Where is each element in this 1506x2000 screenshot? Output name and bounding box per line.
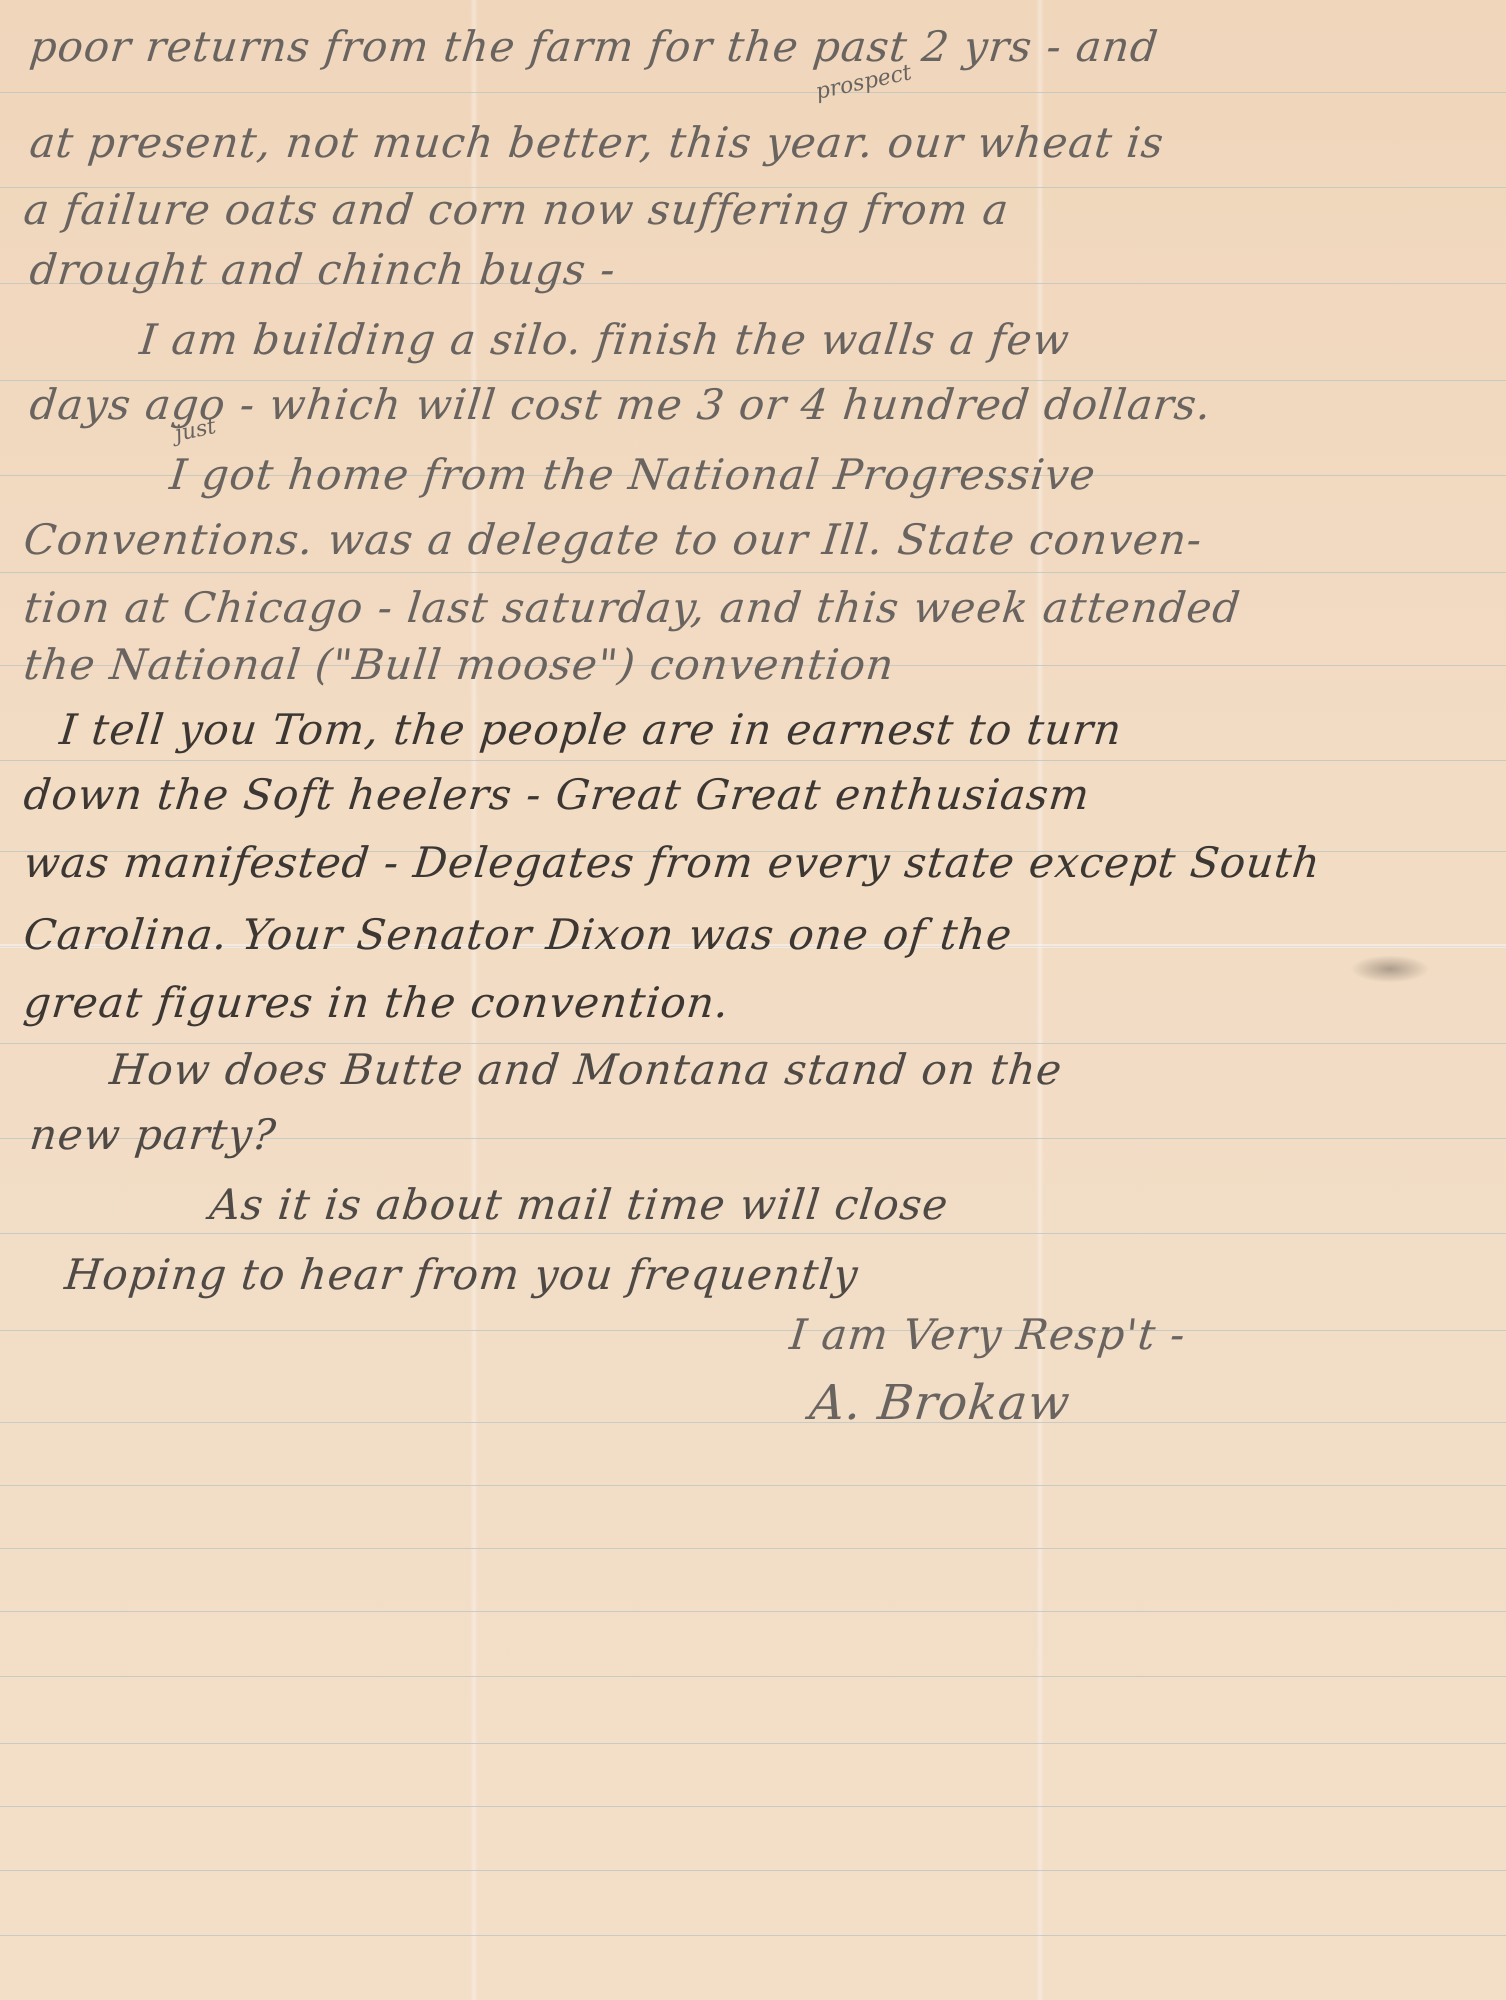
ruled-line xyxy=(0,1233,1506,1234)
letter-line: As it is about mail time will close xyxy=(0,1180,1506,1229)
ruled-line xyxy=(0,1743,1506,1744)
closing: I am Very Resp't - xyxy=(0,1310,1506,1359)
letter-line: the National ("Bull moose") convention xyxy=(0,640,1506,689)
letter-line: great figures in the convention. xyxy=(0,978,1506,1027)
ruled-line xyxy=(0,1611,1506,1612)
ruled-line xyxy=(0,1806,1506,1807)
ruled-line xyxy=(0,1935,1506,1936)
letter-line: How does Butte and Montana stand on the xyxy=(0,1045,1506,1094)
letter-line: Conventions. was a delegate to our Ill. … xyxy=(0,515,1506,564)
letter-line: I am building a silo. finish the walls a… xyxy=(0,315,1506,364)
letter-line: down the Soft heelers - Great Great enth… xyxy=(0,770,1506,819)
letter-line: Carolina. Your Senator Dixon was one of … xyxy=(0,910,1506,959)
signature: A. Brokaw xyxy=(0,1375,1506,1431)
letter-page: prospect just poor returns from the farm… xyxy=(0,0,1506,2000)
letter-line: at present, not much better, this year. … xyxy=(0,118,1506,167)
ruled-line xyxy=(0,1676,1506,1677)
ruled-line xyxy=(0,760,1506,761)
ruled-line xyxy=(0,1485,1506,1486)
letter-line: I tell you Tom, the people are in earnes… xyxy=(0,705,1506,754)
ruled-line xyxy=(0,92,1506,93)
letter-line: Hoping to hear from you frequently xyxy=(0,1250,1506,1299)
letter-line: new party? xyxy=(0,1110,1506,1159)
letter-line: tion at Chicago - last saturday, and thi… xyxy=(0,583,1506,632)
letter-line: was manifested - Delegates from every st… xyxy=(0,838,1506,887)
ruled-line xyxy=(0,1548,1506,1549)
letter-line: a failure oats and corn now suffering fr… xyxy=(0,185,1506,234)
letter-line: poor returns from the farm for the past … xyxy=(0,22,1506,71)
letter-line: drought and chinch bugs - xyxy=(0,245,1506,294)
ruled-line xyxy=(0,572,1506,573)
letter-line: days ago - which will cost me 3 or 4 hun… xyxy=(0,380,1506,429)
ruled-line xyxy=(0,1870,1506,1871)
ruled-line xyxy=(0,1043,1506,1044)
letter-line: I got home from the National Progressive xyxy=(0,450,1506,499)
